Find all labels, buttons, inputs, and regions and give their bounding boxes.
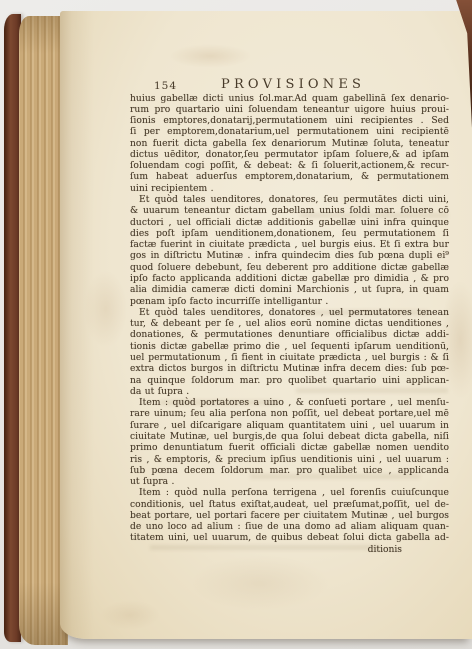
folio-number: 154 [154, 80, 177, 92]
paragraph: Et quòd tales uenditores, donatores, ſeu… [130, 195, 449, 308]
text-line: & uuarum teneantur dictam gabellam unius… [130, 206, 449, 217]
running-title: PROVISIONES [221, 77, 365, 92]
text-line: ſum habeat aduerſus emptorem,donatarium,… [130, 172, 449, 183]
text-line: Item : quòd nulla perſona terrigena , ue… [130, 488, 449, 499]
page-header: 154 PROVISIONES [130, 77, 449, 93]
text-line: ſurare , uel diſcarigare aliquam quantit… [130, 421, 449, 432]
text-line: rum pro quartario uini ſoluendam teneant… [130, 105, 449, 116]
text-line: conditionis, uel ſtatus exiſtat,audeat, … [130, 500, 449, 511]
book-photo: 154 PROVISIONES huius gabellæ dicti uniu… [0, 0, 472, 649]
text-line: donationes, & permutationes denuntiare o… [130, 330, 449, 341]
text-block: 154 PROVISIONES huius gabellæ dicti uniu… [130, 77, 449, 556]
text-line: uel permutationum , ſi fient in ciuitate… [130, 353, 449, 364]
text-line: beat portare, uel portari facere per ciu… [130, 511, 449, 522]
text-line: de uno loco ad alium : ſiue de una domo … [130, 522, 449, 533]
text-line: dies poſt ipſam uenditionem,donationem, … [130, 229, 449, 240]
catchword: ditionis [130, 545, 449, 556]
text-line: primo denuntiatum fuerit officiali dictæ… [130, 443, 449, 454]
text-line: ſi per emptorem,donatarium,uel permutati… [130, 127, 449, 138]
text-line: titatem uini, uel uuarum, de quibus debe… [130, 533, 449, 544]
text-line: ciuitate Mutinæ, uel burgis,de qua ſolui… [130, 432, 449, 443]
text-line: pœnam ipſo facto incurriſſe intelligantu… [130, 297, 449, 308]
text-line: da ut ſupra . [130, 387, 449, 398]
text-line: tur, & debeant per ſe , uel alios eorū n… [130, 319, 449, 330]
text-line: dictus uēditor, donator,ſeu permutator i… [130, 150, 449, 161]
text-line: non fuerit dicta gabella ſex denariorum … [130, 139, 449, 150]
paragraph: Item : quòd nulla perſona terrigena , ue… [130, 488, 449, 544]
text-line: tionis dictæ gabellæ primo die , uel ſeq… [130, 342, 449, 353]
text-line: ſoluendam cogi poſſit, & debeat: & ſi ſo… [130, 161, 449, 172]
paragraph: Et quòd tales uenditores, donatores , ue… [130, 308, 449, 398]
text-line: Et quòd tales uenditores, donatores, ſeu… [130, 195, 449, 206]
text-line: huius gabellæ dicti unius ſol.mar.Ad qua… [130, 94, 449, 105]
text-line: factæ fuerint in ciuitate prædicta , uel… [130, 240, 449, 251]
paragraph: Item : quòd portatores a uino , & conſue… [130, 398, 449, 488]
text-line: rare uinum; ſeu alia perſona non poſſit,… [130, 409, 449, 420]
text-line: extra dictos burgos in diſtrictu Mutinæ … [130, 364, 449, 375]
text-line: alia dimidia cameræ dicti domini Marchio… [130, 285, 449, 296]
text-line: Item : quòd portatores a uino , & conſue… [130, 398, 449, 409]
text-line: ipſo facto applicanda additioni dictæ ga… [130, 274, 449, 285]
text-line: uini recipientem . [130, 184, 449, 195]
paragraph: huius gabellæ dicti unius ſol.mar.Ad qua… [130, 94, 449, 196]
text-line: na quinque ſoldorum mar. pro quolibet qu… [130, 376, 449, 387]
text-line: ut ſupra . [130, 477, 449, 488]
text-line: ſionis emptores,donatarij,permutationem … [130, 116, 449, 127]
text-line: ris , & emptoris, & precium ipſius uendi… [130, 455, 449, 466]
body-text: huius gabellæ dicti unius ſol.mar.Ad qua… [130, 94, 449, 557]
text-line: gos in diſtrictu Mutinæ . infra quindeci… [130, 251, 449, 262]
text-line: ductori , uel officiali dictæ additionis… [130, 218, 449, 229]
text-line: Et quòd tales uenditores, donatores , ue… [130, 308, 449, 319]
text-line: quod ſoluere debebunt, ſeu deberent pro … [130, 263, 449, 274]
text-line: ſub pœna decem ſoldorum mar. pro qualibe… [130, 466, 449, 477]
